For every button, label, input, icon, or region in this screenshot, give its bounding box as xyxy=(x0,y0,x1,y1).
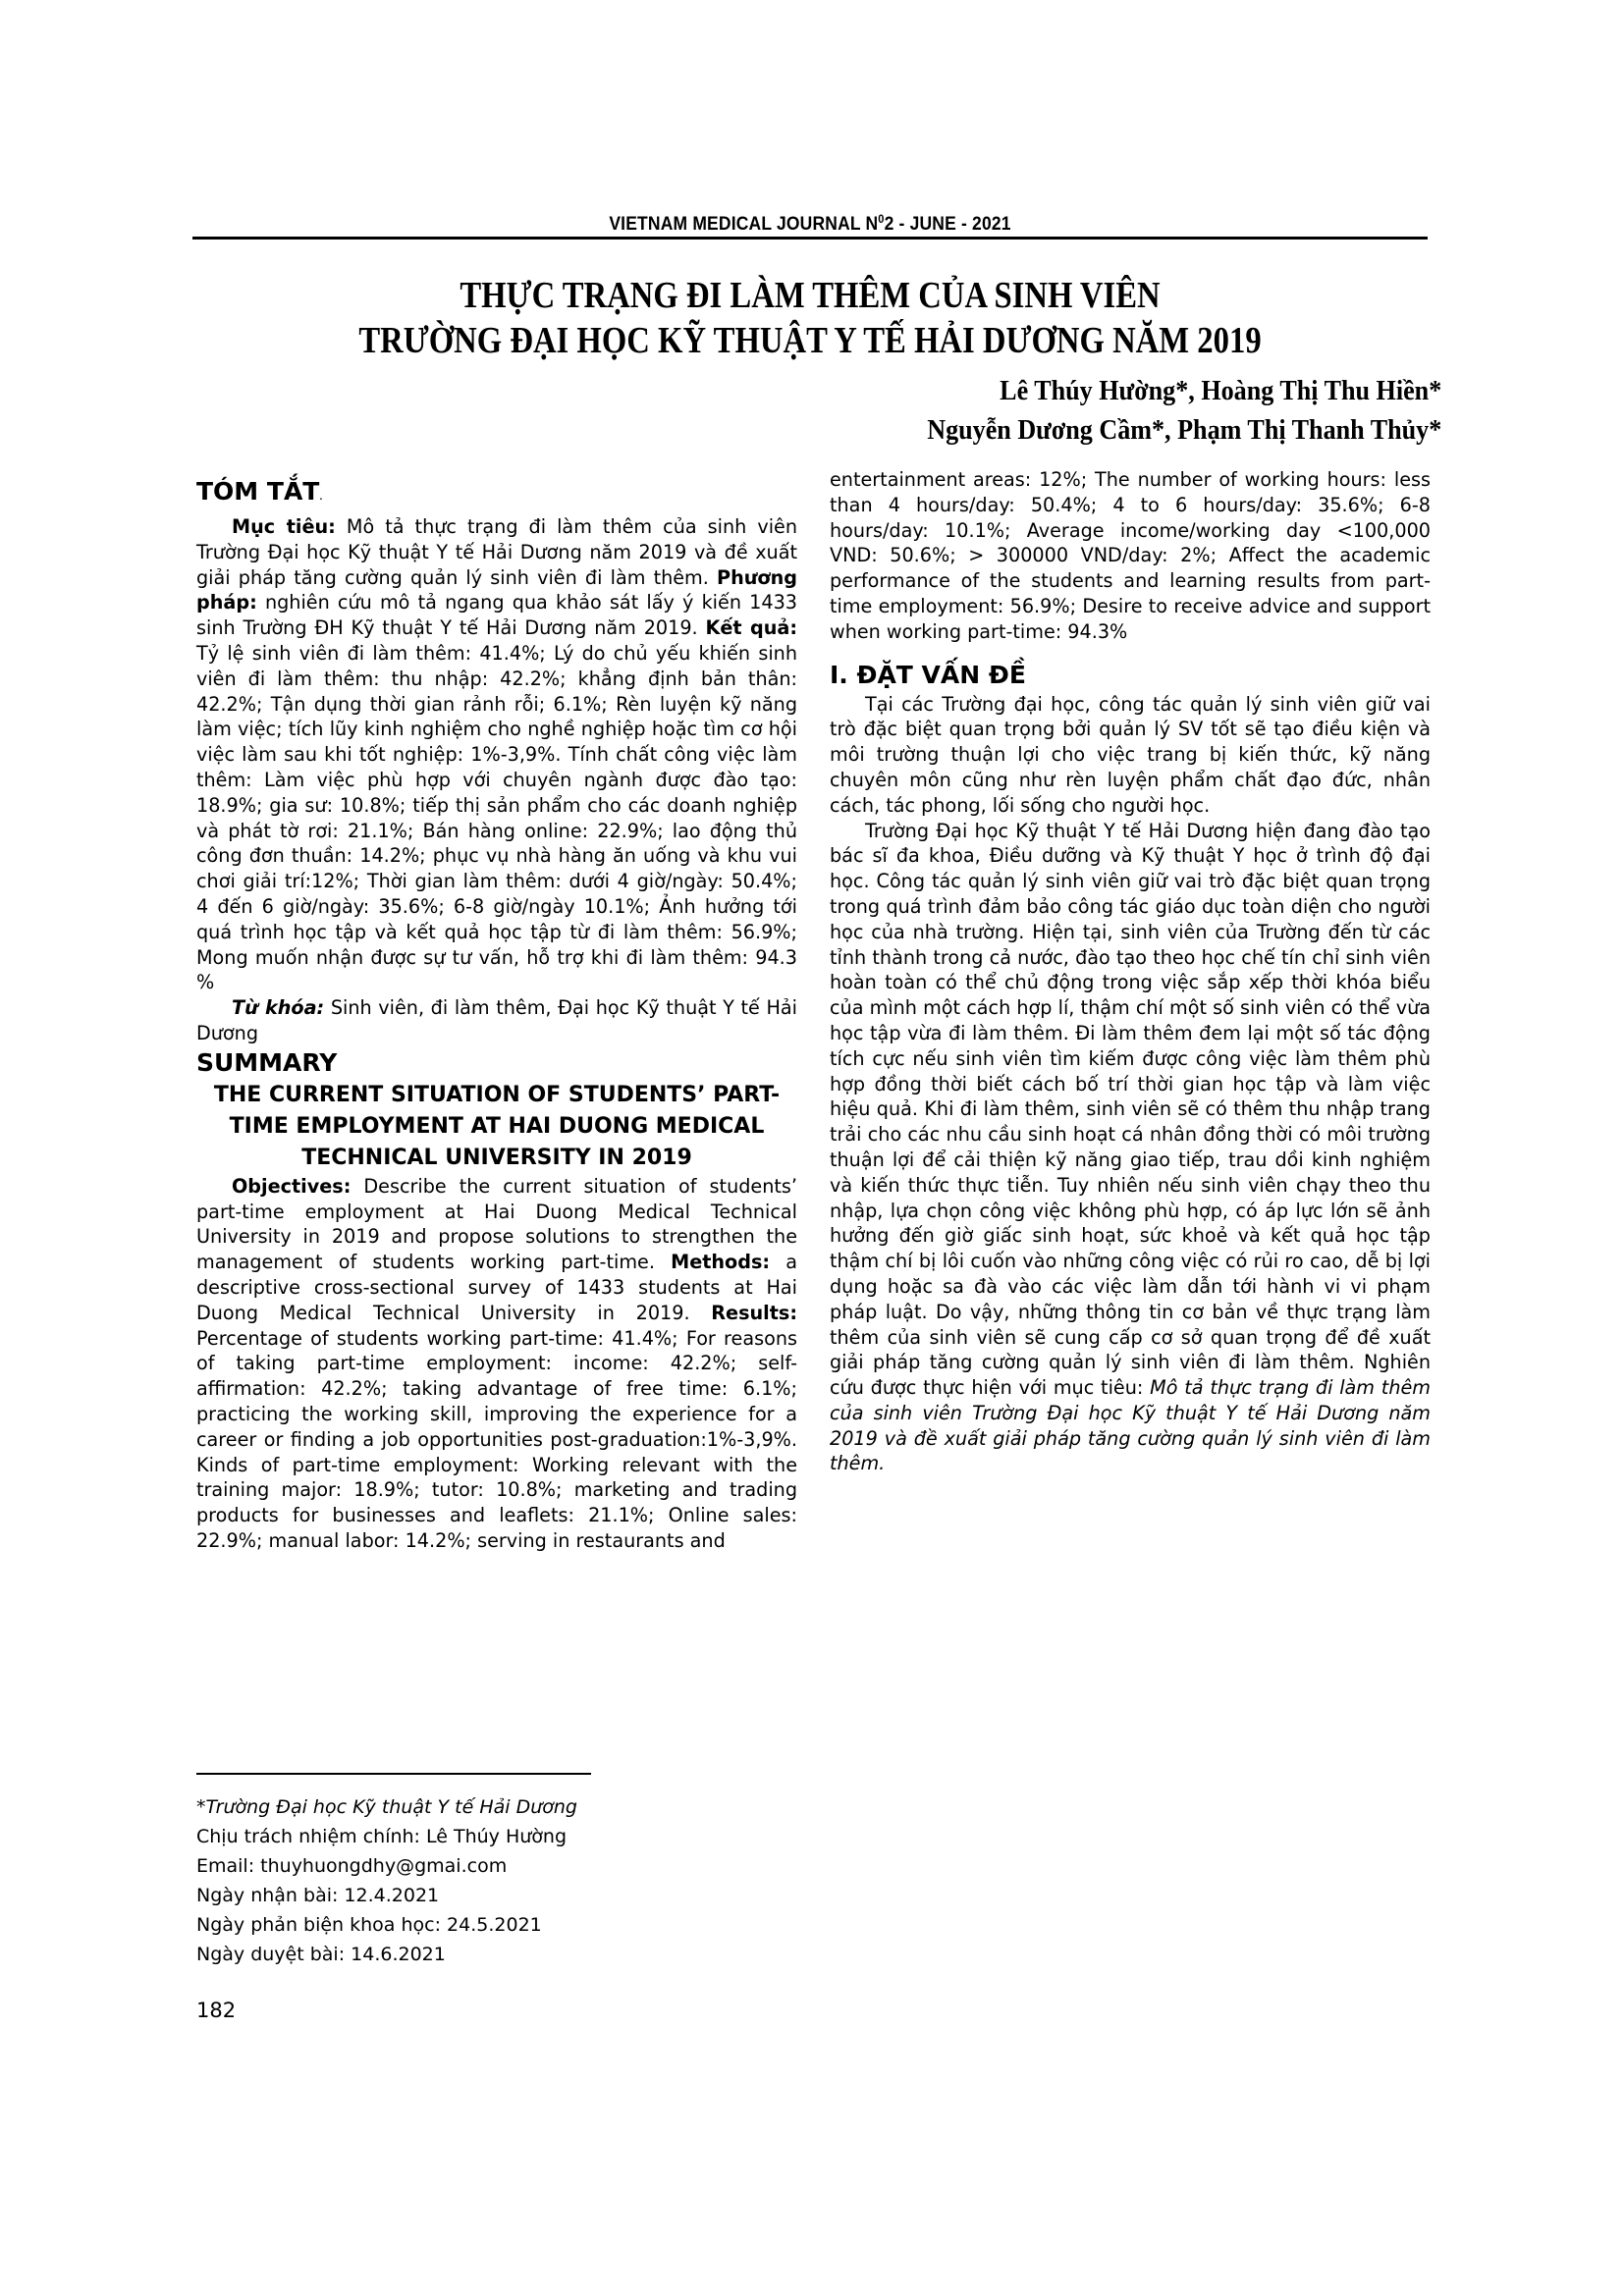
intro-paragraph-2: Trường Đại học Kỹ thuật Y tế Hải Dương h… xyxy=(830,819,1431,1477)
results-label: Results: xyxy=(711,1302,797,1324)
affiliation-note: *Trường Đại học Kỹ thuật Y tế Hải Dương xyxy=(196,1796,577,1818)
journal-name: VIETNAM MEDICAL JOURNAL N xyxy=(609,214,878,235)
abstract-vi-body: Mục tiêu: Mô tả thực trạng đi làm thêm c… xyxy=(196,514,797,995)
date-reviewed: Ngày phản biện khoa học: 24.5.2021 xyxy=(196,1910,577,1940)
running-header: VIETNAM MEDICAL JOURNAL N02 - JUNE - 202… xyxy=(242,212,1378,236)
abstract-vi-heading: TÓM TẮT. xyxy=(196,475,797,514)
section-heading-introduction: I. ĐẶT VẤN ĐỀ xyxy=(830,659,1431,692)
keywords: Từ khóa: Sinh viên, đi làm thêm, Đại học… xyxy=(196,995,797,1046)
right-column: entertainment areas: 12%; The number of … xyxy=(830,467,1431,1476)
page-number: 182 xyxy=(196,1999,236,2022)
methods-label: Methods: xyxy=(671,1251,770,1273)
result-label: Kết quả: xyxy=(706,616,798,639)
journal-page: VIETNAM MEDICAL JOURNAL N02 - JUNE - 202… xyxy=(0,0,1624,2296)
authors-line-2: Nguyễn Dương Cầm*, Phạm Thị Thanh Thủy* xyxy=(927,410,1441,450)
title-line-1: THỰC TRẠNG ĐI LÀM THÊM CỦA SINH VIÊN xyxy=(279,273,1341,318)
keywords-label: Từ khóa: xyxy=(232,996,324,1019)
abstract-en-continued: entertainment areas: 12%; The number of … xyxy=(830,467,1431,645)
left-column: TÓM TẮT. Mục tiêu: Mô tả thực trạng đi l… xyxy=(196,475,797,1554)
summary-heading: SUMMARY xyxy=(196,1046,797,1080)
email: Email: thuyhuongdhy@gmai.com xyxy=(196,1851,577,1881)
header-rule xyxy=(192,237,1428,240)
issue-date: 2 - JUNE - 2021 xyxy=(885,214,1011,235)
authors-line-1: Lê Thúy Hường*, Hoàng Thị Thu Hiền* xyxy=(927,371,1441,410)
date-received: Ngày nhận bài: 12.4.2021 xyxy=(196,1881,577,1910)
abstract-en-body: Objectives: Describe the current situati… xyxy=(196,1174,797,1554)
footnotes: *Trường Đại học Kỹ thuật Y tế Hải Dương … xyxy=(196,1792,577,1969)
author-list: Lê Thúy Hường*, Hoàng Thị Thu Hiền* Nguy… xyxy=(927,371,1441,450)
objective-label: Mục tiêu: xyxy=(232,515,336,538)
english-title: THE CURRENT SITUATION OF STUDENTS’ PART-… xyxy=(196,1080,797,1174)
article-title: THỰC TRẠNG ĐI LÀM THÊM CỦA SINH VIÊN TRƯ… xyxy=(279,273,1341,363)
objectives-label: Objectives: xyxy=(232,1175,351,1198)
footnote-rule xyxy=(196,1773,591,1775)
intro-paragraph-1: Tại các Trường đại học, công tác quản lý… xyxy=(830,692,1431,819)
title-line-2: TRƯỜNG ĐẠI HỌC KỸ THUẬT Y TẾ HẢI DƯƠNG N… xyxy=(279,318,1341,363)
corresponding-author: Chịu trách nhiệm chính: Lê Thúy Hường xyxy=(196,1822,577,1851)
date-accepted: Ngày duyệt bài: 14.6.2021 xyxy=(196,1940,577,1969)
